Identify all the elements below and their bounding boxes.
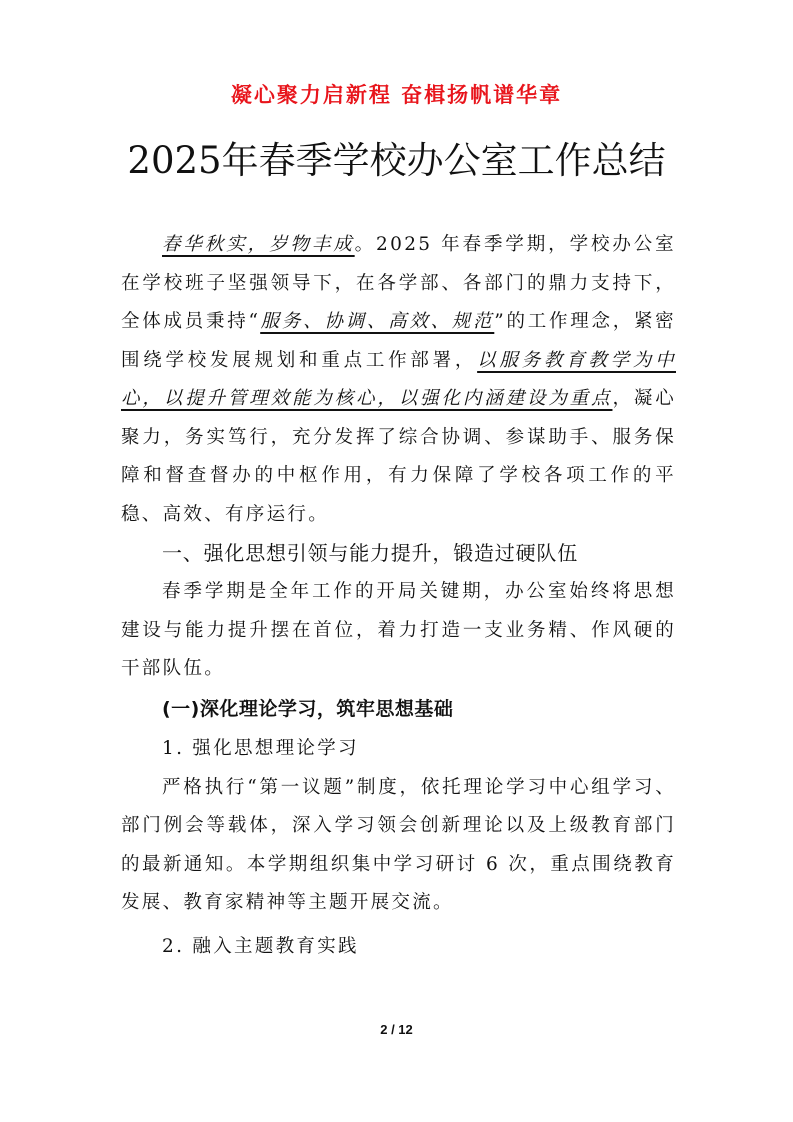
item-heading-2: 2. 融入主题教育实践: [121, 927, 676, 967]
slogan-header: 凝心聚力启新程 奋楫扬帆谱华章: [0, 80, 793, 110]
document-title: 2025年春季学校办公室工作总结: [0, 136, 793, 186]
document-page: 凝心聚力启新程 奋楫扬帆谱华章 2025年春季学校办公室工作总结 春华秋实，岁物…: [0, 0, 793, 1122]
intro-paragraph: 春华秋实，岁物丰成。2025 年春季学期，学校办公室在学校班子坚强领导下，在各学…: [121, 226, 676, 534]
section1-paragraph: 春季学期是全年工作的开局关键期，办公室始终将思想建设与能力提升摆在首位，着力打造…: [121, 573, 676, 689]
item-heading-1: 1. 强化思想理论学习: [121, 729, 676, 769]
document-body: 春华秋实，岁物丰成。2025 年春季学期，学校办公室在学校班子坚强领导下，在各学…: [121, 226, 676, 967]
intro-lead-underlined: 春华秋实，岁物丰成: [162, 234, 355, 255]
subsection-heading-1: (一)深化理论学习，筑牢思想基础: [121, 689, 676, 729]
item1-paragraph: 严格执行“第一议题”制度，依托理论学习中心组学习、部门例会等载体，深入学习领会创…: [121, 769, 676, 923]
page-number: 2 / 12: [0, 1022, 793, 1037]
section-heading-1: 一、强化思想引领与能力提升，锻造过硬队伍: [121, 534, 676, 573]
principle-underlined: 服务、协调、高效、规范: [260, 311, 494, 332]
